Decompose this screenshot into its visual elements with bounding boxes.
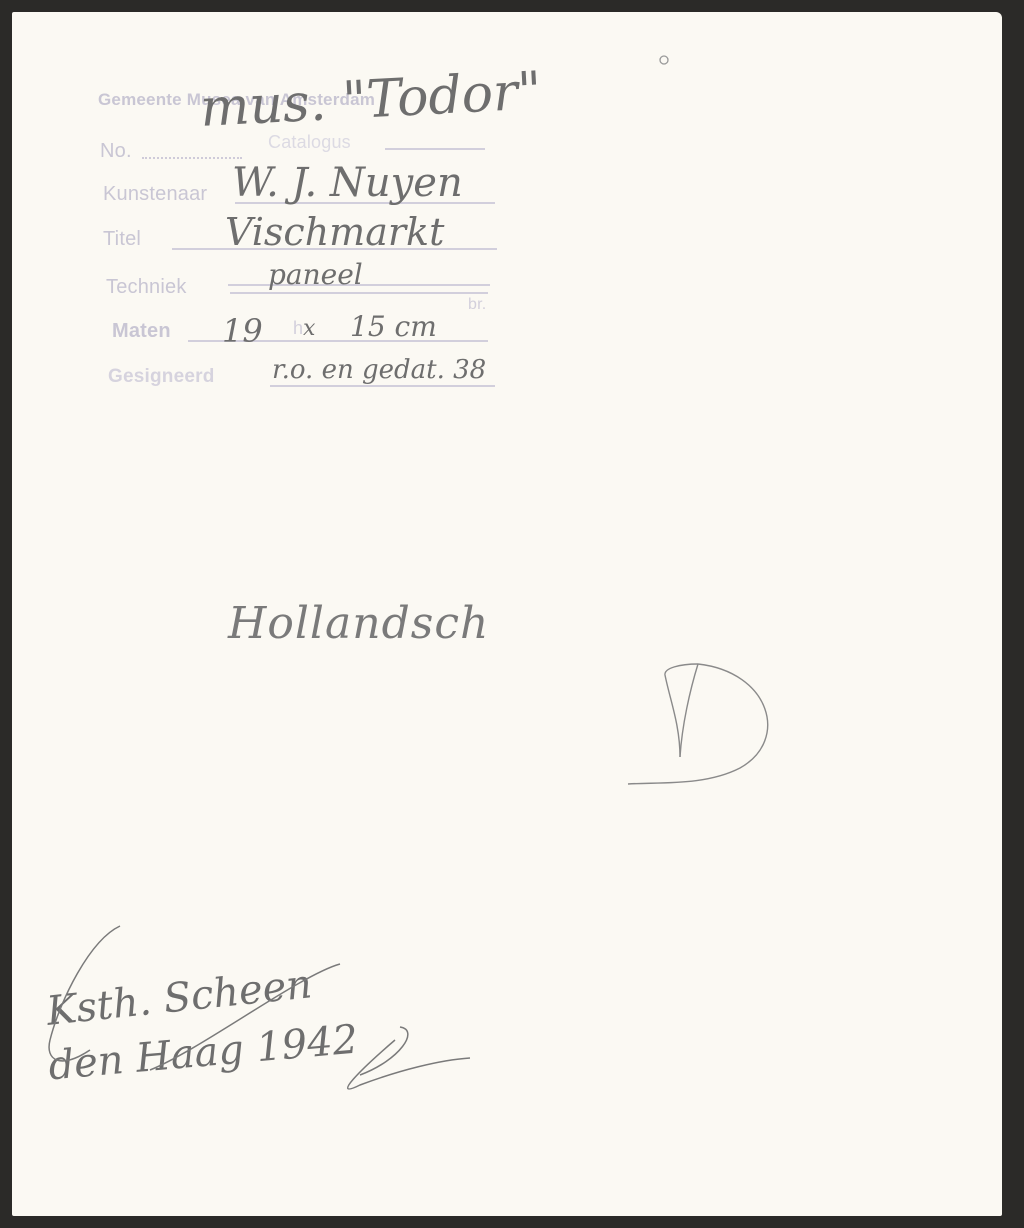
signature-flourish-icon [49, 926, 470, 1089]
degree-mark-icon [660, 56, 668, 64]
d-mark-icon [628, 664, 768, 784]
pencil-strokes [0, 0, 1024, 1228]
